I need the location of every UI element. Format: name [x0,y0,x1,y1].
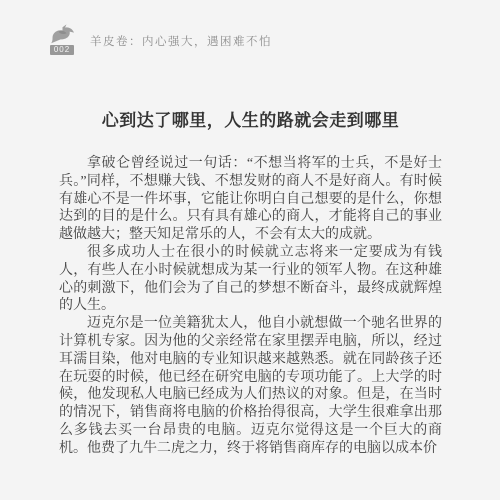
article-body: 拿破仑曾经说过一句话：“不想当将军的士兵，不是好士兵。”同样，不想赚大钱、不想发… [59,155,442,458]
article-title: 心到达了哪里，人生的路就会走到哪里 [59,106,442,131]
dove-icon [49,24,75,44]
paragraph-1: 拿破仑曾经说过一句话：“不想当将军的士兵，不是好士兵。”同样，不想赚大钱、不想发… [59,155,442,244]
page-number-badge: 002 [50,45,74,55]
paragraph-2: 很多成功人士在很小的时候就立志将来一定要成为有钱人，有些人在小时候就想成为某一行… [59,244,442,315]
article: 心到达了哪里，人生的路就会走到哪里 拿破仑曾经说过一句话：“不想当将军的士兵，不… [59,106,442,458]
paragraph-3: 迈克尔是一位美籍犹太人，他自小就想做一个驰名世界的计算机专家。因为他的父亲经常在… [59,315,442,457]
book-page: 002 羊皮卷：内心强大，遇困难不怕 心到达了哪里，人生的路就会走到哪里 拿破仑… [0,0,500,500]
chapter-title-label: 羊皮卷：内心强大，遇困难不怕 [90,33,272,49]
running-header: 002 羊皮卷：内心强大，遇困难不怕 [46,24,272,55]
chapter-logo-block: 002 [46,24,78,55]
